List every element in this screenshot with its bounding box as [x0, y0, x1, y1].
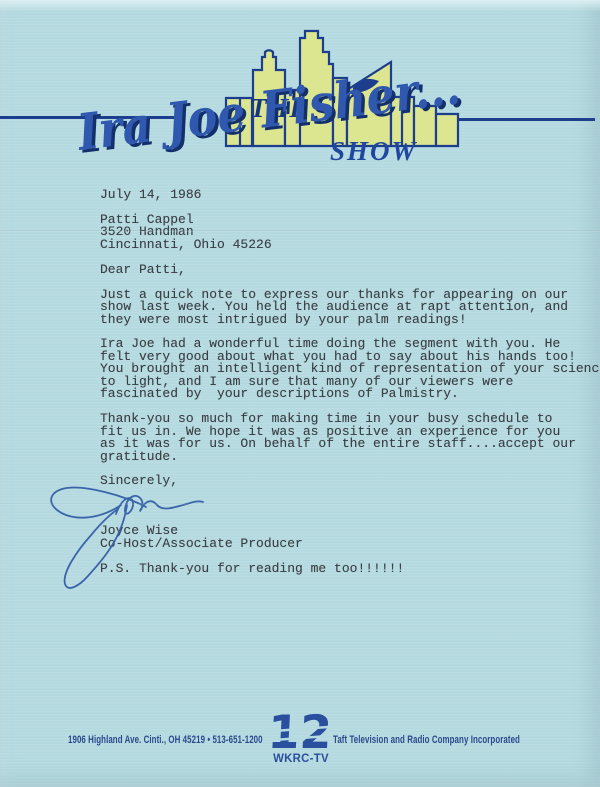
logo-show: SHOW — [330, 136, 418, 166]
parent-company-name: Taft Television and Radio Company Incorp… — [333, 734, 520, 746]
letterhead-paper: THE Ira Joe Fisher... Ira Joe Fisher... … — [0, 0, 600, 787]
show-logo: THE Ira Joe Fisher... Ira Joe Fisher... … — [0, 0, 600, 185]
station-address-phone: 1906 Highland Ave. Cinti., OH 45219 • 51… — [68, 734, 263, 746]
station-call-letters: WKRC-TV — [260, 751, 342, 765]
channel-12-logo: 12 — [262, 710, 340, 752]
signature-ink-joyce-wise — [40, 470, 240, 610]
